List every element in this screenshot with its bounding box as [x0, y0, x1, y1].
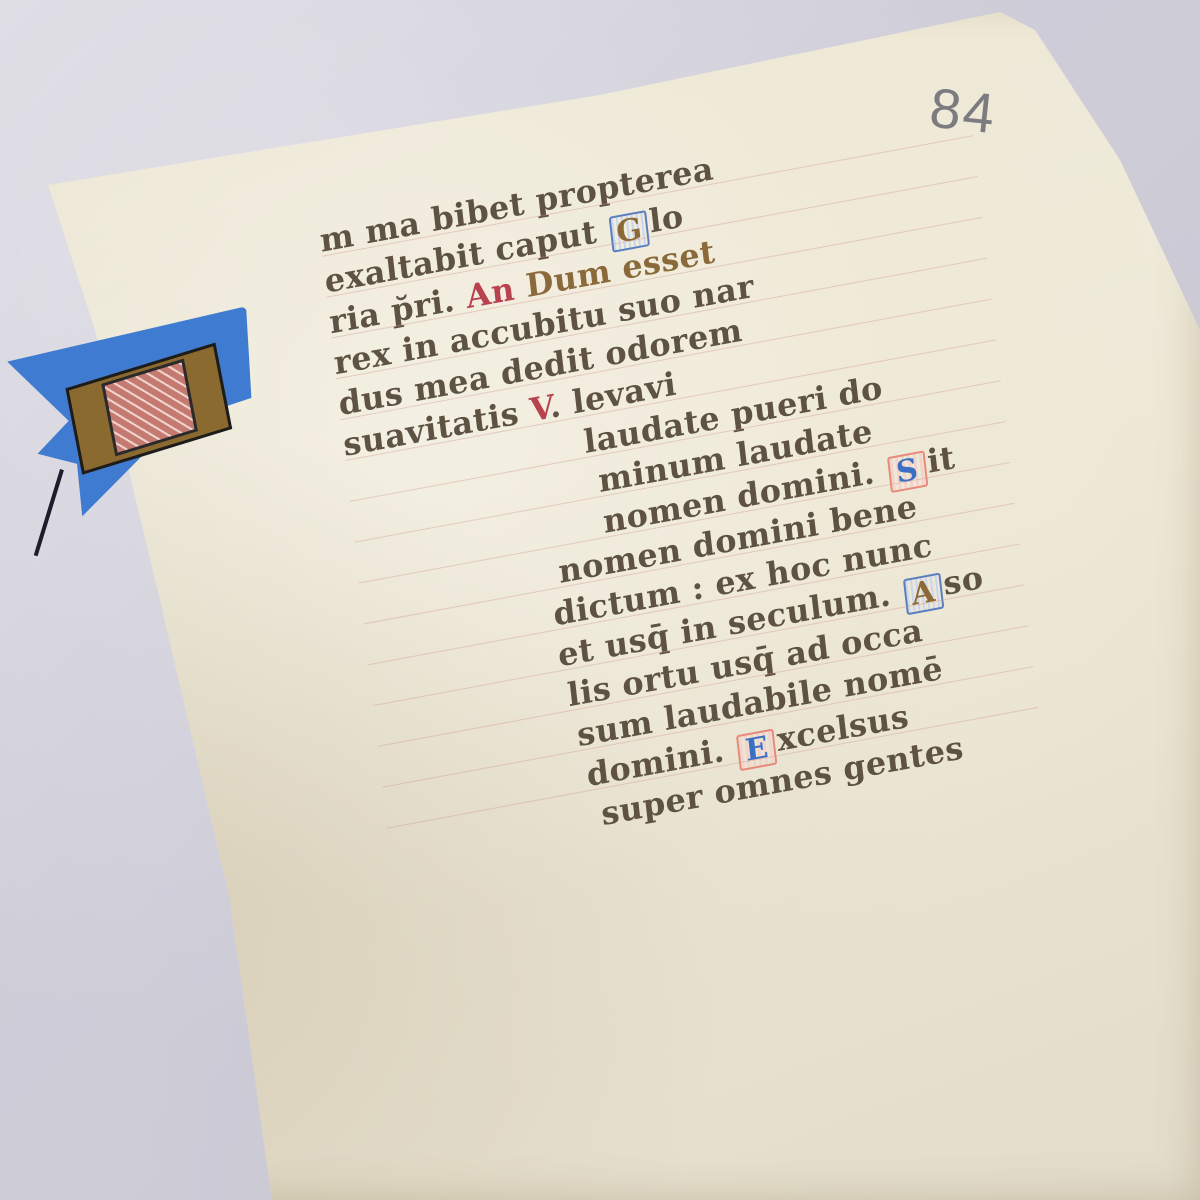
line-text: so [941, 558, 985, 603]
pencil-folio-number: 84 [927, 75, 1000, 147]
manuscript-text-block: m ma bibet propterea exaltabit caput Glo… [318, 109, 1004, 876]
line-text: lo [647, 196, 685, 240]
rubric-antiphon: An [464, 269, 517, 316]
line-text: it [925, 438, 957, 481]
